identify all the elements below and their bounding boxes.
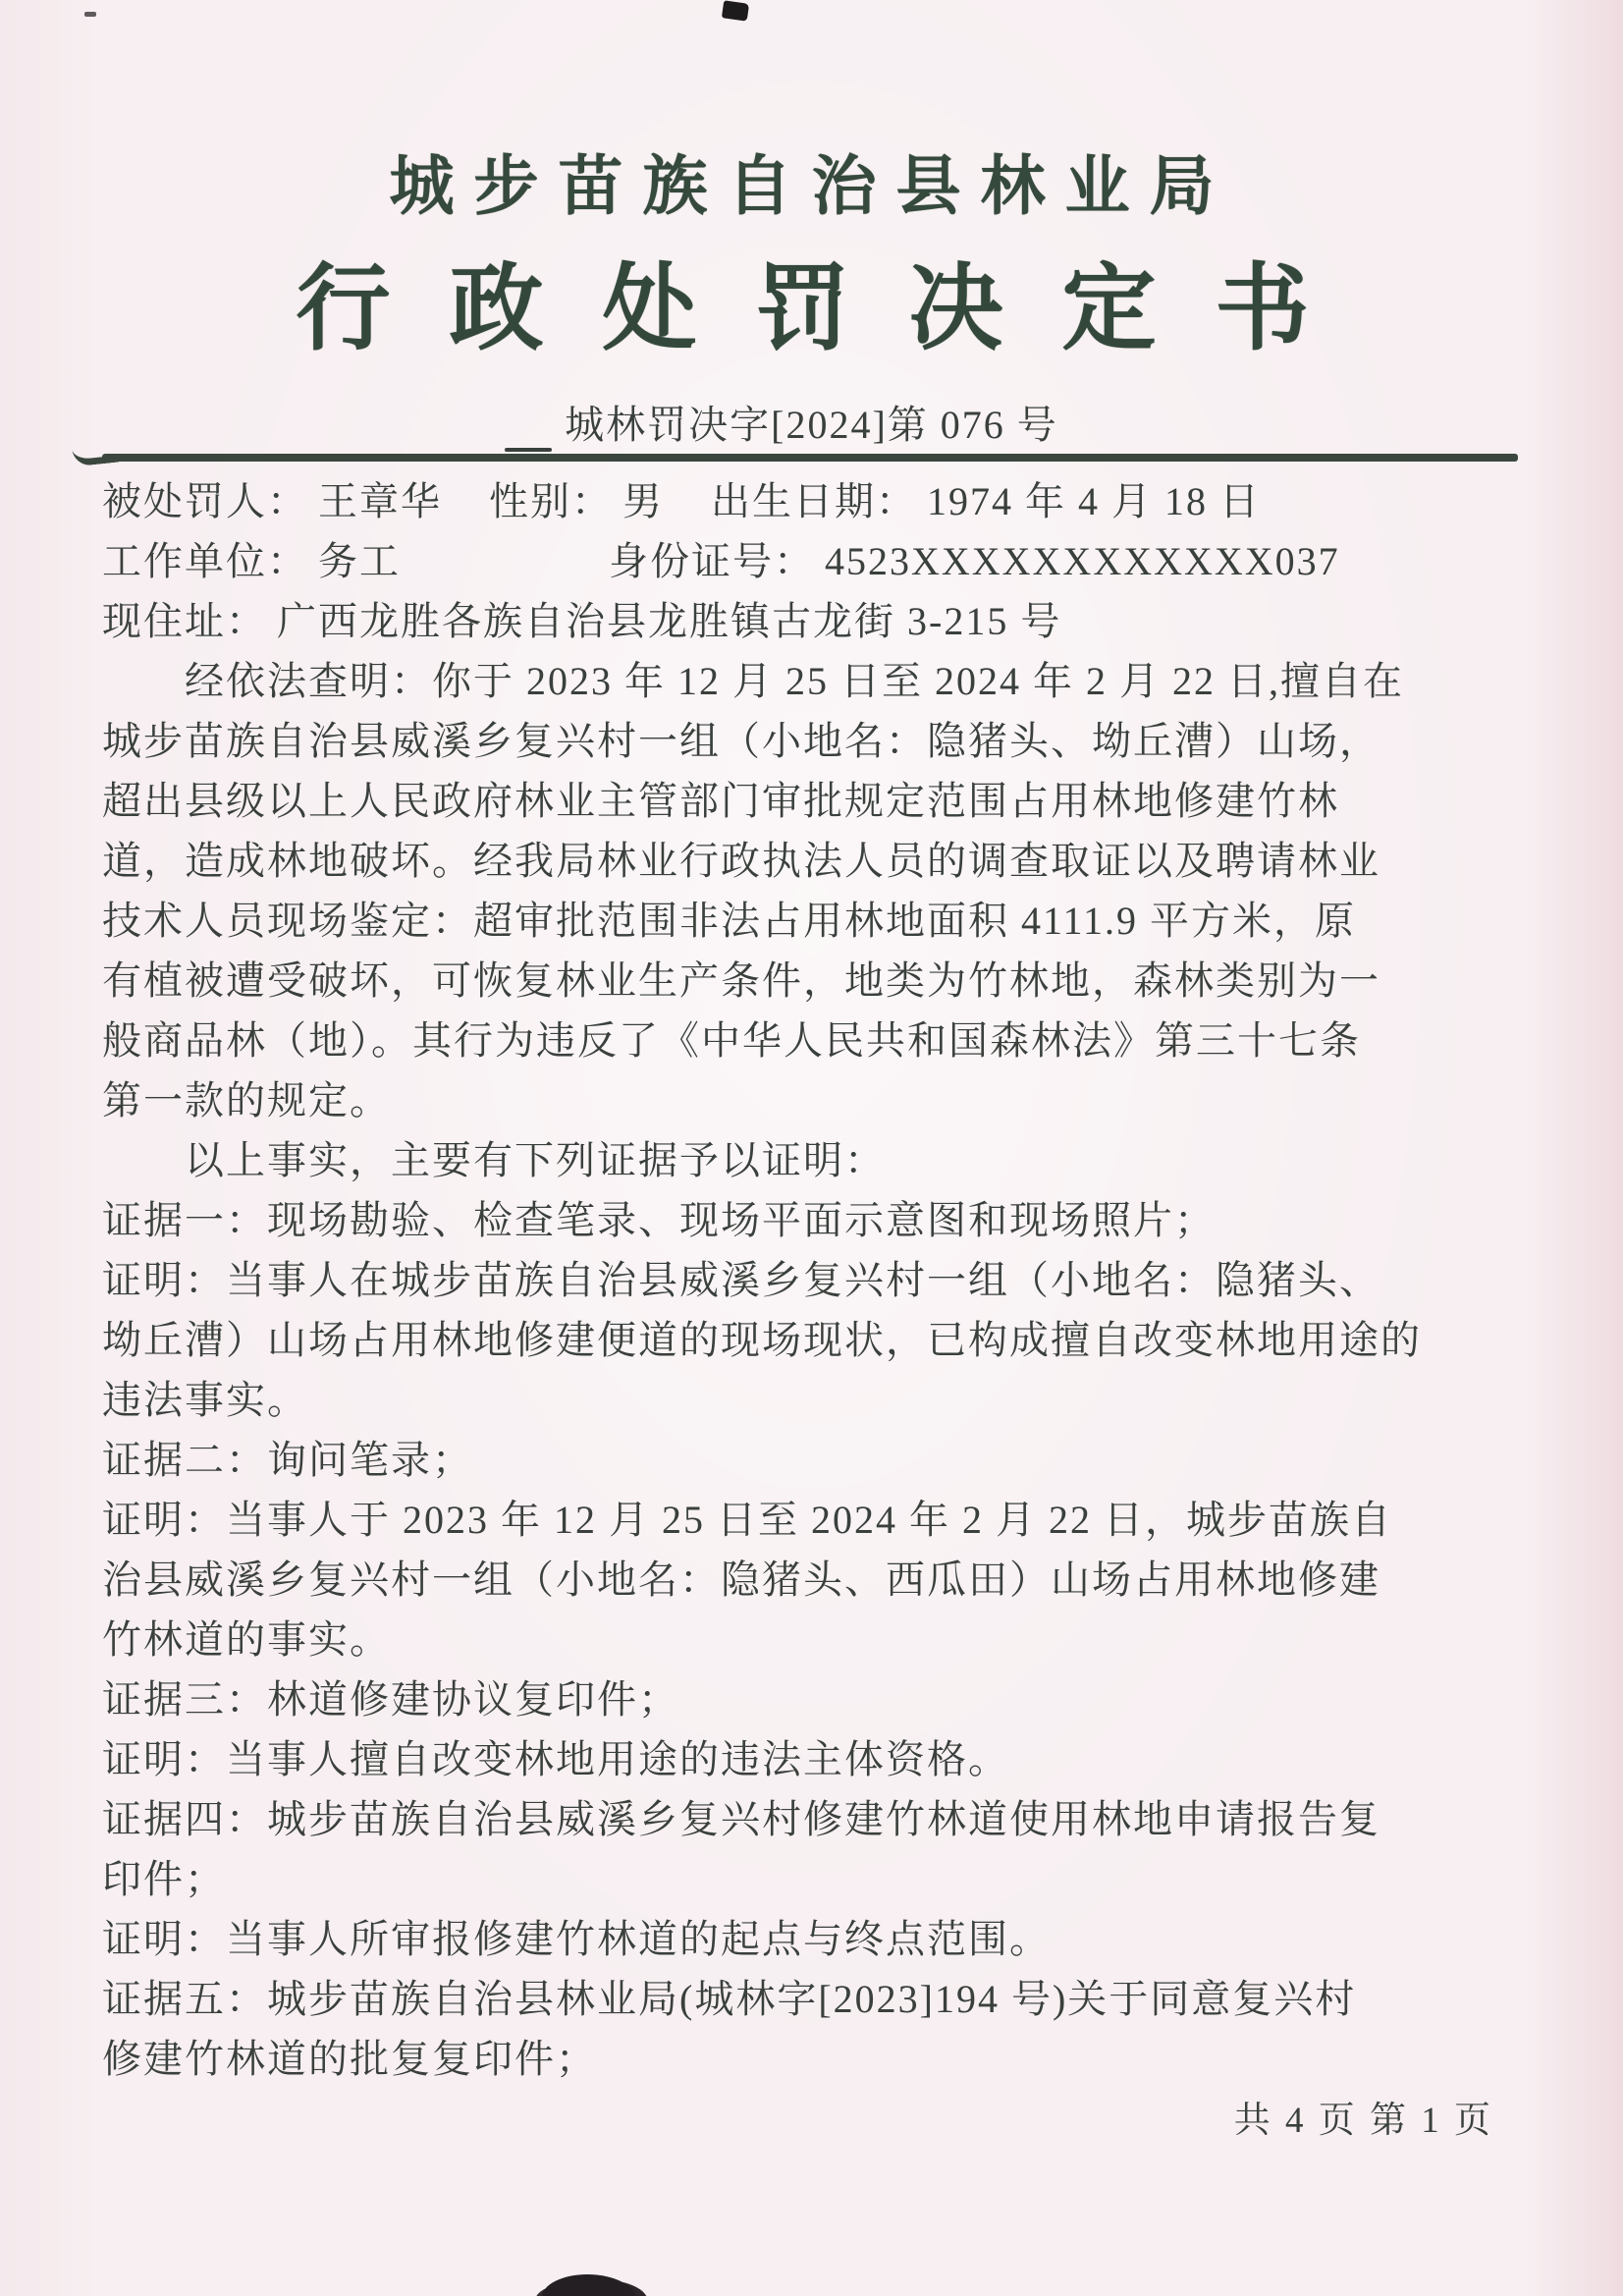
body-line: 证明：当事人所审报修建竹林道的起点与终点范围。 xyxy=(102,1909,1530,1969)
header-divider xyxy=(102,454,1518,462)
party-address-value: 广西龙胜各族自治县龙胜镇古龙街 3-215 号 xyxy=(277,599,1061,643)
body-line: 以上事实，主要有下列证据予以证明： xyxy=(102,1130,1530,1190)
body-line: 超出县级以上人民政府林业主管部门审批规定范围占用林地修建竹林 xyxy=(102,771,1530,831)
body-line: 第一款的规定。 xyxy=(102,1070,1530,1130)
body-line: 竹林道的事实。 xyxy=(102,1610,1530,1669)
party-info-row-1: 被处罚人：王章华性别：男出生日期：1974 年 4 月 18 日 xyxy=(102,471,1530,531)
document-number: 城林罚决字[2024]第 076 号 xyxy=(0,403,1623,448)
body-line: 证明：当事人擅自改变林地用途的违法主体资格。 xyxy=(102,1729,1530,1789)
party-id-label: 身份证号： xyxy=(609,539,815,583)
party-work-label: 工作单位： xyxy=(102,539,308,583)
party-work-pair: 工作单位：务工 xyxy=(102,539,401,583)
body-line: 道，造成林地破坏。经我局林业行政执法人员的调查取证以及聘请林业 xyxy=(102,831,1530,891)
party-gender-value: 男 xyxy=(622,479,664,523)
body-line: 证据四：城步苗族自治县威溪乡复兴村修建竹林道使用林地申请报告复 xyxy=(102,1789,1530,1849)
docno-underline-artifact xyxy=(505,448,552,452)
body-line: 证据三：林道修建协议复印件； xyxy=(102,1669,1530,1729)
body-line: 证据五：城步苗族自治县林业局(城林字[2023]194 号)关于同意复兴村 xyxy=(102,1969,1530,2029)
party-name-pair: 被处罚人：王章华 xyxy=(102,479,442,523)
party-gender-pair: 性别：男 xyxy=(489,479,664,523)
party-name-label: 被处罚人： xyxy=(102,479,308,523)
body-line: 有植被遭受破坏，可恢复林业生产条件，地类为竹林地，森林类别为一 xyxy=(102,951,1530,1011)
scan-speck-top-left xyxy=(84,12,96,17)
party-name-value: 王章华 xyxy=(318,479,442,523)
party-info-row-2: 工作单位：务工身份证号：4523XXXXXXXXXXXX037 xyxy=(102,531,1530,591)
body-line: 证明：当事人在城步苗族自治县威溪乡复兴村一组（小地名：隐猪头、 xyxy=(102,1250,1530,1310)
body-line: 证明：当事人于 2023 年 12 月 25 日至 2024 年 2 月 22 … xyxy=(102,1490,1530,1550)
body-line: 治县威溪乡复兴村一组（小地名：隐猪头、西瓜田）山场占用林地修建 xyxy=(102,1550,1530,1610)
party-id-value: 4523XXXXXXXXXXXX037 xyxy=(825,539,1340,583)
document-content: 被处罚人：王章华性别：男出生日期：1974 年 4 月 18 日 工作单位：务工… xyxy=(0,462,1623,2089)
document-title: 行 政 处 罚 决 定 书 xyxy=(0,251,1623,367)
party-birth-pair: 出生日期：1974 年 4 月 18 日 xyxy=(711,479,1261,523)
party-address-label: 现住址： xyxy=(102,599,267,643)
body-line: 技术人员现场鉴定：超审批范围非法占用林地面积 4111.9 平方米，原 xyxy=(102,891,1530,951)
body-line: 证据一：现场勘验、检查笔录、现场平面示意图和现场照片； xyxy=(102,1190,1530,1250)
party-birth-value: 1974 年 4 月 18 日 xyxy=(927,479,1261,523)
party-work-value: 务工 xyxy=(318,539,401,583)
party-gender-label: 性别： xyxy=(489,479,613,523)
body-line: 印件； xyxy=(102,1849,1530,1909)
scanned-document-page: 城步苗族自治县林业局 行 政 处 罚 决 定 书 城林罚决字[2024]第 07… xyxy=(0,0,1623,2296)
party-id-pair: 身份证号：4523XXXXXXXXXXXX037 xyxy=(609,539,1340,583)
agency-title: 城步苗族自治县林业局 xyxy=(0,0,1623,230)
body-line: 修建竹林道的批复复印件； xyxy=(102,2029,1530,2089)
party-info-row-3: 现住址：广西龙胜各族自治县龙胜镇古龙街 3-215 号 xyxy=(102,591,1530,651)
party-birth-label: 出生日期： xyxy=(711,479,917,523)
body-lines: 经依法查明：你于 2023 年 12 月 25 日至 2024 年 2 月 22… xyxy=(102,651,1530,2089)
body-line: 城步苗族自治县威溪乡复兴村一组（小地名：隐猪头、坳丘漕）山场， xyxy=(102,711,1530,771)
body-line: 经依法查明：你于 2023 年 12 月 25 日至 2024 年 2 月 22… xyxy=(102,651,1530,711)
body-line: 坳丘漕）山场占用林地修建便道的现场现状，已构成擅自改变林地用途的 xyxy=(102,1310,1530,1370)
body-line: 般商品林（地）。其行为违反了《中华人民共和国森林法》第三十七条 xyxy=(102,1011,1530,1070)
scan-smudge-bottom xyxy=(542,2274,636,2296)
scan-mark-top xyxy=(722,0,749,21)
body-line: 证据二：询问笔录； xyxy=(102,1430,1530,1490)
party-address-pair: 现住址：广西龙胜各族自治县龙胜镇古龙街 3-215 号 xyxy=(102,599,1061,643)
body-line: 违法事实。 xyxy=(102,1370,1530,1430)
page-footer: 共 4 页 第 1 页 xyxy=(1234,2090,1493,2143)
